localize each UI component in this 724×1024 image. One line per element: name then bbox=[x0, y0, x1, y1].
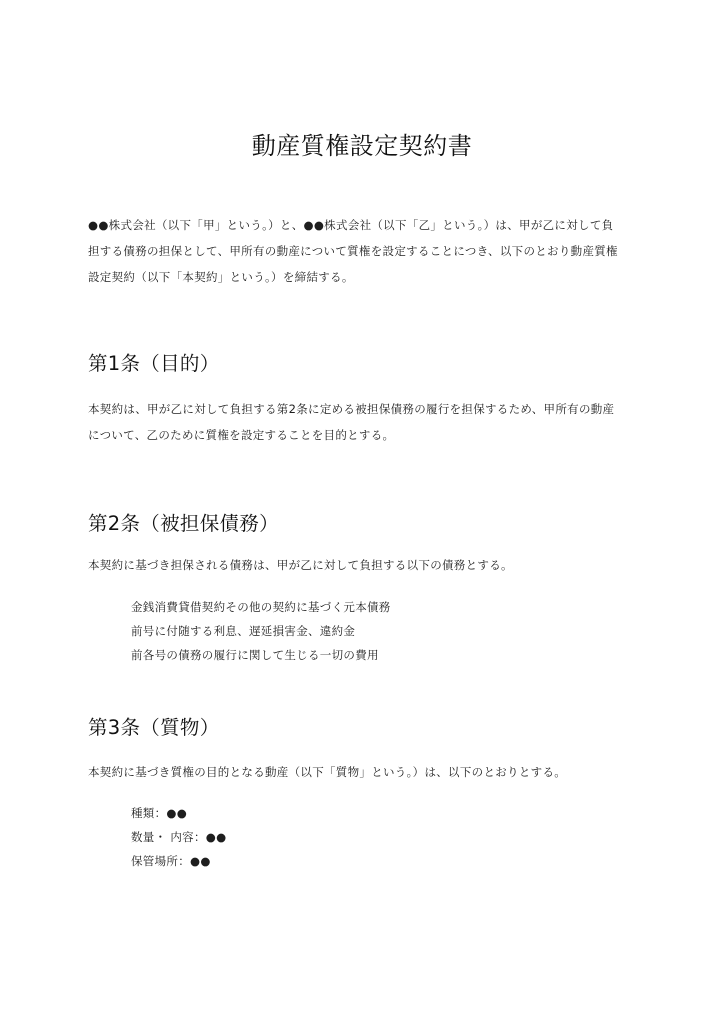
preamble-line: ●●株式会社（以下「甲」という。）と、●●株式会社（以下「乙」という。）は、甲が… bbox=[88, 212, 638, 238]
preamble-line: 担する債務の担保として、甲所有の動産について質権を設定することにつき、以下のとお… bbox=[88, 238, 638, 264]
article-3-heading: 第3条（質物） bbox=[88, 712, 220, 740]
article-2-body-line: 本契約に基づき担保される債務は、甲が乙に対して負担する以下の債務とする。 bbox=[88, 552, 638, 578]
preamble: ●●株式会社（以下「甲」という。）と、●●株式会社（以下「乙」という。）は、甲が… bbox=[88, 212, 638, 290]
list-item: 種類：●● bbox=[131, 801, 226, 825]
article-2-item-list: 金銭消費貸借契約その他の契約に基づく元本債務 前号に付随する利息、遅延損害金、違… bbox=[131, 595, 391, 667]
list-item: 前号に付随する利息、遅延損害金、違約金 bbox=[131, 619, 391, 643]
article-1-body-line: について、乙のために質権を設定することを目的とする。 bbox=[88, 422, 638, 448]
article-3-body-line: 本契約に基づき質権の目的となる動産（以下「質物」という。）は、以下のとおりとする… bbox=[88, 759, 638, 785]
list-item: 金銭消費貸借契約その他の契約に基づく元本債務 bbox=[131, 595, 391, 619]
list-item: 前各号の債務の履行に関して生じる一切の費用 bbox=[131, 643, 391, 667]
article-3-body: 本契約に基づき質権の目的となる動産（以下「質物」という。）は、以下のとおりとする… bbox=[88, 759, 638, 785]
document-page: 動産質権設定契約書 ●●株式会社（以下「甲」という。）と、●●株式会社（以下「乙… bbox=[0, 0, 724, 1024]
article-1-body-line: 本契約は、甲が乙に対して負担する第2条に定める被担保債務の履行を担保するため、甲… bbox=[88, 396, 638, 422]
document-title: 動産質権設定契約書 bbox=[0, 126, 724, 161]
list-item: 数量・ 内容：●● bbox=[131, 825, 226, 849]
article-1-heading: 第1条（目的） bbox=[88, 348, 220, 376]
article-1-body: 本契約は、甲が乙に対して負担する第2条に定める被担保債務の履行を担保するため、甲… bbox=[88, 396, 638, 448]
article-3-item-list: 種類：●● 数量・ 内容：●● 保管場所：●● bbox=[131, 801, 226, 873]
preamble-line: 設定契約（以下「本契約」という。）を締結する。 bbox=[88, 264, 638, 290]
article-2-heading: 第2条（被担保債務） bbox=[88, 508, 279, 536]
article-2-body: 本契約に基づき担保される債務は、甲が乙に対して負担する以下の債務とする。 bbox=[88, 552, 638, 578]
list-item: 保管場所：●● bbox=[131, 849, 226, 873]
